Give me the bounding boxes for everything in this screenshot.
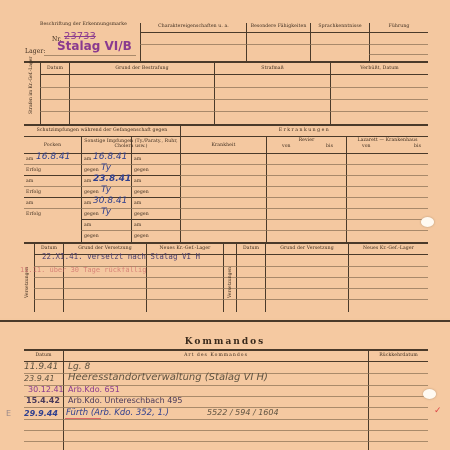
gegen-label: gegen — [134, 212, 149, 217]
impf-gegen-3: Ty — [101, 207, 111, 217]
divider — [81, 219, 180, 220]
divider — [69, 63, 70, 124]
col-verbuesst: Verbüßt, Datum — [331, 66, 428, 71]
col-conduct: Führung — [370, 24, 428, 29]
col-lazarett: Lazarett — Krankenhaus — [347, 138, 428, 143]
divider — [81, 136, 82, 242]
am-label: am — [84, 223, 91, 228]
divider — [180, 136, 428, 137]
versetzung-entry-1: 22.XI.41. versetzt nach Stalag VI H — [42, 252, 200, 261]
am-label: am — [26, 201, 33, 206]
red-checkmark-icon: ✓ — [434, 406, 442, 416]
kommando-art-1: Lg. 8 — [68, 362, 90, 372]
divider — [24, 441, 428, 442]
lazarett-von: von — [362, 144, 371, 149]
gegen-label: gegen — [134, 168, 149, 173]
col-datum: Datum — [35, 246, 63, 251]
kommando-art-2: Heeresstandortverwaltung (Stalag VI H) — [68, 372, 268, 383]
am-label: am — [84, 179, 91, 184]
col-sonstige: Sonstige Impfungen (Ty./Paraty., Ruhr, C… — [82, 139, 180, 149]
divider — [40, 63, 41, 124]
col-datum: Datum — [41, 66, 69, 71]
pocken-date-1: 16.8.41 — [36, 152, 70, 162]
divider — [24, 242, 428, 244]
impf-date-1: 16.8.41 — [93, 152, 127, 162]
divider — [214, 63, 215, 124]
kommando-art-5: Fürth (Arb. Kdo. 352, 1.) — [66, 408, 169, 418]
col-datum: Datum — [237, 246, 265, 251]
divider — [34, 299, 428, 300]
kommando-art-4: Arb.Kdo. Untereschbach 495 — [68, 396, 182, 405]
lager-label: Lager: — [25, 48, 45, 55]
divider — [24, 124, 428, 126]
col-languages: Sprachkenntnisse — [311, 24, 369, 29]
kommandos-title: Kommandos — [0, 337, 450, 347]
versetzungen-side-label-2: Versetzungen — [228, 267, 233, 298]
gegen-label: gegen — [134, 234, 149, 239]
col-grund-versetzung: Grund der Versetzung — [266, 246, 348, 251]
am-label: am — [134, 179, 141, 184]
gegen-label: gegen — [84, 212, 99, 217]
divider — [266, 136, 267, 242]
versetzung-entry-2: 11.11. über 30 Tage rückfällig — [20, 266, 146, 274]
gegen-label: gegen — [84, 190, 99, 195]
col-datum: Datum — [24, 353, 63, 358]
kommando-datum-4: 15.4.42 — [26, 396, 60, 405]
divider — [330, 63, 331, 124]
divider — [131, 136, 132, 242]
am-label: am — [26, 179, 33, 184]
am-label: am — [134, 223, 141, 228]
col-character: Charaktereigenschaften u. a. — [141, 24, 246, 29]
revier-von: von — [282, 144, 291, 149]
strafen-side-label: Strafen im Kr.-Gef.-Lager — [29, 56, 34, 114]
divider — [180, 175, 428, 176]
col-art: Art des Kommandos — [64, 353, 368, 358]
divider — [140, 44, 428, 45]
col-rueckkehr: Rückkehrdatum — [369, 353, 428, 358]
divider — [40, 87, 428, 88]
gegen-label: gegen — [84, 168, 99, 173]
divider — [369, 54, 428, 55]
col-skills: Besondere Fähigkeiten — [247, 24, 310, 29]
erfolg-label: Erfolg — [26, 190, 41, 195]
am-label: am — [84, 201, 91, 206]
divider — [180, 219, 428, 220]
impf-date-2: 23.8.41 — [93, 174, 131, 184]
punch-hole — [421, 217, 434, 227]
punch-hole — [423, 389, 436, 399]
kommando-art-3: Arb.Kdo. 651 — [68, 385, 120, 394]
am-label: am — [134, 201, 141, 206]
impf-gegen-2: Ty — [101, 185, 111, 195]
lazarett-bis: bis — [414, 144, 421, 149]
divider — [24, 419, 428, 420]
divider — [24, 136, 180, 137]
lager-underline — [44, 55, 136, 56]
divider — [81, 230, 180, 231]
divider — [24, 61, 428, 63]
col-pocken: Pocken — [24, 143, 81, 148]
card-back: Kommandos Datum Art des Kommandos Rückke… — [0, 320, 450, 450]
erkrankungen-title: Erkrankungen — [181, 128, 428, 133]
divider — [24, 430, 428, 431]
divider — [180, 230, 428, 231]
divider — [368, 351, 369, 450]
kommando-extra-5: 5522 / 594 / 1604 — [207, 408, 279, 417]
divider — [140, 32, 428, 33]
kommando-datum-2: 23.9.41 — [24, 374, 55, 383]
am-label: am — [84, 157, 91, 162]
divider — [180, 164, 428, 165]
am-label: am — [134, 157, 141, 162]
divider — [180, 153, 428, 154]
divider — [40, 111, 428, 112]
impf-date-3: 30.8.41 — [93, 196, 127, 206]
divider — [180, 208, 428, 209]
divider — [346, 136, 347, 242]
erfolg-label: Erfolg — [26, 168, 41, 173]
col-revier: Revier — [267, 138, 346, 143]
col-neues-lager: Neues Kr.-Gef.-Lager — [147, 246, 223, 251]
col-strafmass: Strafmaß — [215, 66, 330, 71]
col-krankheit: Krankheit — [181, 143, 266, 148]
gegen-label: gegen — [134, 190, 149, 195]
col-grund: Grund der Bestrafung — [70, 66, 214, 71]
divider — [180, 197, 428, 198]
kommando-datum-1: 11.9.41 — [24, 362, 58, 372]
red-underline — [65, 418, 101, 419]
card-front: Beschriftung der Erkennungsmarke Nr. 237… — [0, 0, 450, 318]
am-label: am — [26, 157, 33, 162]
revier-bis: bis — [326, 144, 333, 149]
impf-gegen-1: Ty — [101, 163, 111, 173]
lager-stamp: Stalag VI/B — [57, 39, 132, 53]
gegen-label: gegen — [84, 234, 99, 239]
kommando-datum-3: 30.12.41 — [28, 385, 64, 394]
col-neues-lager: Neues Kr.-Gef.-Lager — [349, 246, 428, 251]
col-grund-versetzung: Grund der Versetzung — [64, 246, 146, 251]
divider — [63, 351, 64, 450]
divider — [180, 186, 428, 187]
divider — [40, 74, 428, 75]
id-tag-label: Beschriftung der Erkennungsmarke — [40, 22, 127, 27]
margin-mark: E — [6, 409, 11, 418]
kommando-datum-5: 29.9.44 — [24, 409, 58, 418]
impfungen-title: Schutzimpfungen während der Gefangenscha… — [24, 128, 180, 133]
divider — [40, 99, 428, 100]
erfolg-label: Erfolg — [26, 212, 41, 217]
